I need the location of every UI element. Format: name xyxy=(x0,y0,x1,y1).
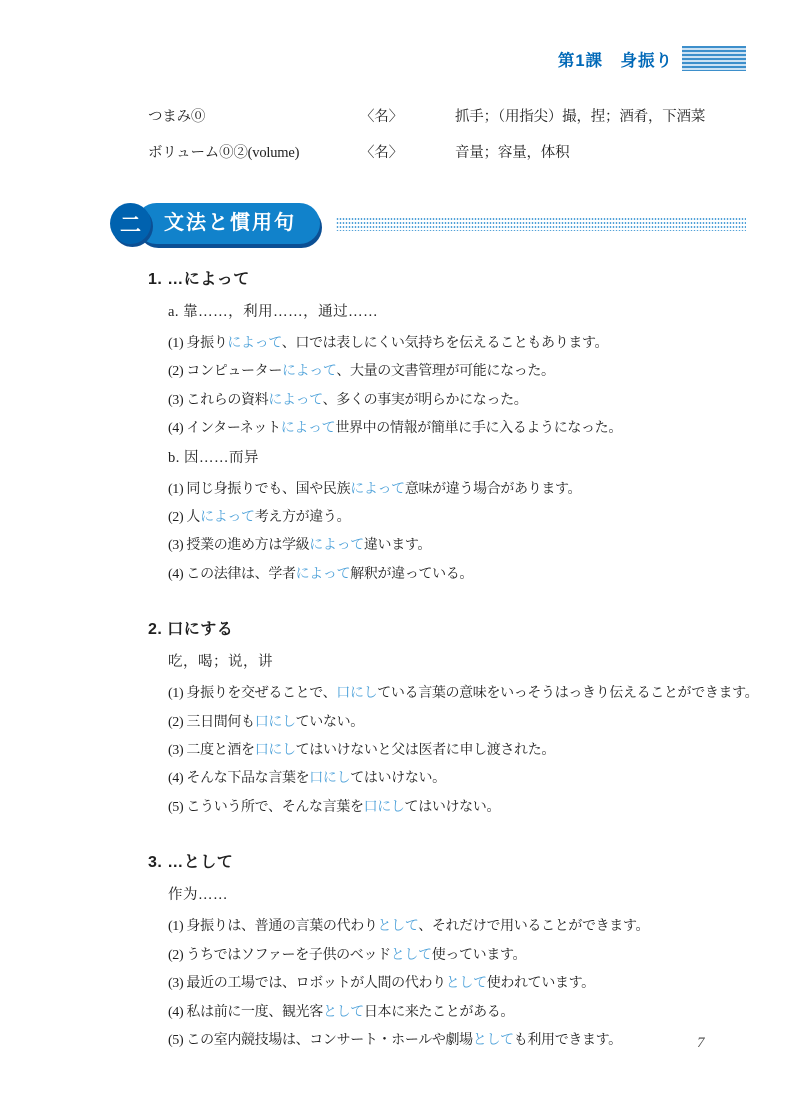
example-sentence: (4) この法律は、学者によって解釈が違っている。 xyxy=(168,561,754,589)
example-text: (4) 私は前に一度、観光客 xyxy=(168,1005,323,1020)
grammar-highlight: 口にし xyxy=(255,743,296,758)
example-text: てはいけない。 xyxy=(350,771,446,786)
grammar-highlight: によって xyxy=(350,482,405,497)
grammar-highlight: によって xyxy=(282,364,336,379)
example-text: 、多くの事実が明らかになった。 xyxy=(323,393,528,408)
example-text: 、それだけで用いることができます。 xyxy=(418,919,649,934)
vocab-pos: 〈名〉 xyxy=(360,99,455,135)
example-text: 、口では表しにくい気持ちを伝えることもあります。 xyxy=(282,336,608,351)
example-sentence: (3) 最近の工場では、ロボットが人間の代わりとして使われています。 xyxy=(168,970,754,998)
grammar-meaning: a. 靠……，利用……，通过…… xyxy=(168,298,754,327)
example-text: (1) 身振りは、普通の言葉の代わり xyxy=(168,919,378,934)
example-sentence: (5) こういう所で、そんな言葉を口にしてはいけない。 xyxy=(168,794,754,822)
grammar-highlight: によって xyxy=(281,421,336,436)
grammar-point: 3. …として作为……(1) 身振りは、普通の言葉の代わりとして、それだけで用い… xyxy=(148,849,754,1055)
section-title-pill: 文法と慣用句 xyxy=(136,203,320,244)
grammar-heading: 3. …として xyxy=(148,849,754,872)
example-sentence: (3) 授業の進め方は学級によって違います。 xyxy=(168,532,754,560)
grammar-subsection: a. 靠……，利用……，通过……(1) 身振りによって、口では表しにくい気持ちを… xyxy=(168,298,754,444)
example-text: (1) 同じ身振りでも、国や民族 xyxy=(168,482,350,497)
grammar-highlight: 口にし xyxy=(255,715,296,730)
vocab-pos: 〈名〉 xyxy=(360,135,455,171)
section-header: 二 文法と慣用句 xyxy=(110,203,746,244)
chapter-header: 第1課 身振り xyxy=(558,46,746,71)
example-text: ていない。 xyxy=(296,715,364,730)
grammar-highlight: として xyxy=(391,948,432,963)
section-number-badge: 二 xyxy=(110,203,151,244)
example-text: ている言葉の意味をいっそうはっきり伝えることができます。 xyxy=(377,686,758,701)
grammar-highlight: として xyxy=(473,1033,514,1048)
example-text: てはいけない。 xyxy=(405,800,501,815)
grammar-subsection: b. 因……而异(1) 同じ身振りでも、国や民族によって意味が違う場合があります… xyxy=(168,444,754,590)
grammar-heading: 1. …によって xyxy=(148,266,754,289)
example-text: (3) 二度と酒を xyxy=(168,743,255,758)
vocab-meaning: 音量；容量，体积 xyxy=(455,135,746,171)
example-text: (5) こういう所で、そんな言葉を xyxy=(168,800,364,815)
grammar-highlight: 口にし xyxy=(364,800,405,815)
grammar-highlight: によって xyxy=(268,393,322,408)
grammar-meaning: 作为…… xyxy=(168,881,754,910)
grammar-highlight: によって xyxy=(309,538,364,553)
example-text: (2) コンピューター xyxy=(168,364,282,379)
example-sentence: (1) 身振りは、普通の言葉の代わりとして、それだけで用いることができます。 xyxy=(168,913,754,941)
grammar-subsection: 作为……(1) 身振りは、普通の言葉の代わりとして、それだけで用いることができま… xyxy=(168,881,754,1055)
example-sentence: (2) 人によって考え方が違う。 xyxy=(168,504,754,532)
example-text: も利用できます。 xyxy=(514,1033,622,1048)
example-text: 世界中の情報が簡単に手に入るようになった。 xyxy=(335,421,622,436)
example-text: (3) 授業の進め方は学級 xyxy=(168,538,309,553)
example-sentence: (4) そんな下品な言葉を口にしてはいけない。 xyxy=(168,765,754,793)
example-sentence: (4) インターネットによって世界中の情報が簡単に手に入るようになった。 xyxy=(168,415,754,443)
example-text: てはいけないと父は医者に申し渡された。 xyxy=(296,743,555,758)
example-sentence: (2) コンピューターによって、大量の文書管理が可能になった。 xyxy=(168,358,754,386)
example-text: (5) この室内競技場は、コンサート・ホールや劇場 xyxy=(168,1033,473,1048)
example-text: 、大量の文書管理が可能になった。 xyxy=(336,364,554,379)
example-text: (2) 三日間何も xyxy=(168,715,255,730)
example-text: 考え方が違う。 xyxy=(255,510,351,525)
vocab-table: つまみ⓪〈名〉抓手；（用指尖）撮，捏；酒肴，下酒菜ボリューム⓪②(volume)… xyxy=(148,99,746,171)
grammar-highlight: 口にし xyxy=(336,686,377,701)
example-text: 違います。 xyxy=(364,538,431,553)
example-text: 意味が違う場合があります。 xyxy=(405,482,581,497)
example-sentence: (2) うちではソファーを子供のベッドとして使っています。 xyxy=(168,942,754,970)
dotted-rule-decoration xyxy=(336,216,746,231)
example-text: 使っています。 xyxy=(432,948,526,963)
example-text: (2) うちではソファーを子供のベッド xyxy=(168,948,391,963)
grammar-highlight: として xyxy=(378,919,419,934)
grammar-meaning: b. 因……而异 xyxy=(168,444,754,473)
vocab-term: つまみ⓪ xyxy=(148,99,360,135)
example-text: (3) これらの資料 xyxy=(168,393,268,408)
grammar-meaning: 吃，喝；说，讲 xyxy=(168,648,754,677)
example-sentence: (1) 身振りを交ぜることで、口にしている言葉の意味をいっそうはっきり伝えること… xyxy=(168,680,754,708)
example-text: 使われています。 xyxy=(487,976,595,991)
example-text: (1) 身振り xyxy=(168,336,227,351)
example-sentence: (1) 同じ身振りでも、国や民族によって意味が違う場合があります。 xyxy=(168,476,754,504)
grammar-highlight: によって xyxy=(200,510,255,525)
grammar-highlight: によって xyxy=(227,336,281,351)
vocab-term: ボリューム⓪②(volume) xyxy=(148,135,360,171)
grammar-points: 1. …によってa. 靠……，利用……，通过……(1) 身振りによって、口では表… xyxy=(148,266,754,1082)
example-text: (3) 最近の工場では、ロボットが人間の代わり xyxy=(168,976,446,991)
example-sentence: (1) 身振りによって、口では表しにくい気持ちを伝えることもあります。 xyxy=(168,330,754,358)
grammar-heading: 2. 口にする xyxy=(148,616,754,639)
chapter-title: 第1課 身振り xyxy=(558,47,673,71)
example-sentence: (4) 私は前に一度、観光客として日本に来たことがある。 xyxy=(168,999,754,1027)
example-text: (2) 人 xyxy=(168,510,200,525)
grammar-highlight: 口にし xyxy=(309,771,350,786)
example-text: 解釈が違っている。 xyxy=(350,567,473,582)
example-text: (4) そんな下品な言葉を xyxy=(168,771,309,786)
example-text: 日本に来たことがある。 xyxy=(364,1005,514,1020)
grammar-point: 2. 口にする吃，喝；说，讲(1) 身振りを交ぜることで、口にしている言葉の意味… xyxy=(148,616,754,822)
example-sentence: (3) これらの資料によって、多くの事実が明らかになった。 xyxy=(168,387,754,415)
example-sentence: (5) この室内競技場は、コンサート・ホールや劇場としても利用できます。 xyxy=(168,1027,754,1055)
vocab-row: つまみ⓪〈名〉抓手；（用指尖）撮，捏；酒肴，下酒菜 xyxy=(148,99,746,135)
grammar-highlight: によって xyxy=(296,567,351,582)
example-sentence: (2) 三日間何も口にしていない。 xyxy=(168,709,754,737)
grammar-highlight: として xyxy=(446,976,487,991)
vocab-row: ボリューム⓪②(volume)〈名〉音量；容量，体积 xyxy=(148,135,746,171)
example-text: (4) この法律は、学者 xyxy=(168,567,296,582)
header-stripes-decoration-icon xyxy=(682,46,746,71)
grammar-highlight: として xyxy=(323,1005,364,1020)
example-text: (1) 身振りを交ぜることで、 xyxy=(168,686,336,701)
vocab-meaning: 抓手；（用指尖）撮，捏；酒肴，下酒菜 xyxy=(455,99,746,135)
example-text: (4) インターネット xyxy=(168,421,281,436)
page-number: 7 xyxy=(697,1035,705,1052)
grammar-subsection: 吃，喝；说，讲(1) 身振りを交ぜることで、口にしている言葉の意味をいっそうはっ… xyxy=(168,648,754,822)
example-sentence: (3) 二度と酒を口にしてはいけないと父は医者に申し渡された。 xyxy=(168,737,754,765)
grammar-point: 1. …によってa. 靠……，利用……，通过……(1) 身振りによって、口では表… xyxy=(148,266,754,589)
